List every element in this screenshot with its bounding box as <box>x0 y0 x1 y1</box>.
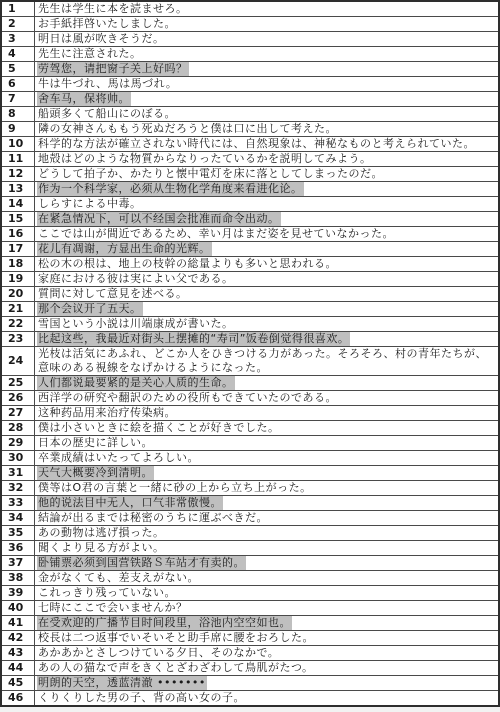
sentence-cell: 僕等はO君の言葉と一緒に砂の上から立ち上がった。 <box>35 481 500 496</box>
row-number: 41 <box>1 616 35 631</box>
sentence-cell: 地殻はどのような物質からなりったているかを説明してみよう。 <box>35 152 500 167</box>
row-number: 34 <box>1 511 35 526</box>
sentence-text: 校長は二つ返事でいそいそと助手席に腰をおろした。 <box>38 631 314 644</box>
row-number: 25 <box>1 376 35 391</box>
sentence-text: 聞くより見る方がよい。 <box>38 541 165 554</box>
table-row: 13 作为一个科学家，必须从生物化学角度来看进化论。 <box>1 182 499 197</box>
row-number: 43 <box>1 646 35 661</box>
table-row: 26 西洋学の研究や翻訳のための役所もできていたのである。 <box>1 391 499 406</box>
row-number: 32 <box>1 481 35 496</box>
sentence-cell: 花儿有凋谢，方显出生命的光辉。 <box>35 242 500 257</box>
row-number: 11 <box>1 152 35 167</box>
row-number: 26 <box>1 391 35 406</box>
row-number: 10 <box>1 137 35 152</box>
row-number: 8 <box>1 107 35 122</box>
sentence-cell: 先生に注意された。 <box>35 47 500 62</box>
row-number: 12 <box>1 167 35 182</box>
table-row: 20 質問に対して意見を述べる。 <box>1 287 499 302</box>
sentence-text: くりくりした男の子、背の高い女の子。 <box>38 691 245 704</box>
sentence-cell: 科学的な方法が確立されない時代には、自然現象は、神秘なものと考えられていた。 <box>35 137 500 152</box>
sentence-text: 天气大概要冷到清明。 <box>38 466 153 479</box>
sentence-table-body: 1 先生は学生に本を読ませろ。 2 お手紙拝啓いたしました。 3 明日は風が吹き… <box>1 1 499 706</box>
table-row: 35 あの動物は逃げ損った。 <box>1 526 499 541</box>
table-row: 43 あかあかとさしつけている夕日、そのなかで。 <box>1 646 499 661</box>
sentence-text: 卒業成績はいたってよろしい。 <box>38 451 199 464</box>
row-number: 5 <box>1 62 35 77</box>
sentence-cell: 天气大概要冷到清明。 <box>35 466 500 481</box>
sentence-text: 西洋学の研究や翻訳のための役所もできていたのである。 <box>38 391 337 404</box>
sentence-text: 船頭多くて船山にのぼる。 <box>38 107 176 120</box>
sentence-text: 僕は小さいときに絵を描くことが好きでした。 <box>38 421 280 434</box>
sentence-cell: 雪国という小説は川端康成が書いた。 <box>35 317 500 332</box>
row-number: 30 <box>1 451 35 466</box>
sentence-text: 隣の女神さんももう死ぬだろうと僕は口に出して考えた。 <box>38 122 337 135</box>
table-row: 2 お手紙拝啓いたしました。 <box>1 17 499 32</box>
row-number: 20 <box>1 287 35 302</box>
sentence-cell: 比起这些，我最近对街头上摆摊的“寿司”饭卷倒觉得很喜欢。 <box>35 332 500 347</box>
sentence-text: 地殻はどのような物質からなりったているかを説明してみよう。 <box>38 152 372 165</box>
sentence-text: 日本の歴史に詳しい。 <box>38 436 153 449</box>
table-row: 10 科学的な方法が確立されない時代には、自然現象は、神秘なものと考えられていた… <box>1 137 499 152</box>
row-number: 19 <box>1 272 35 287</box>
sentence-cell: 明日は風が吹きそうだ。 <box>35 32 500 47</box>
sentence-cell: 質問に対して意見を述べる。 <box>35 287 500 302</box>
table-row: 34 結論が出るまでは秘密のうちに運ぶべきだ。 <box>1 511 499 526</box>
sentence-text: 舍车马，保将帅。 <box>38 92 130 105</box>
table-row: 45 明朗的天空，透蓝清澈 ••••••• <box>1 676 499 691</box>
sentence-text: ここでは山が間近であるため、幸い月はまだ姿を見せていなかった。 <box>38 227 394 240</box>
row-number: 28 <box>1 421 35 436</box>
sentence-text: 在紧急情况下，可以不经国会批准而命令出动。 <box>38 212 280 225</box>
sentence-text: 劳驾您，请把窗子关上好吗？ <box>38 62 188 75</box>
sentence-cell: 劳驾您，请把窗子关上好吗？ <box>35 62 500 77</box>
sentence-text: 科学的な方法が確立されない時代には、自然現象は、神秘なものと考えられていた。 <box>38 137 475 150</box>
table-row: 17 花儿有凋谢，方显出生命的光辉。 <box>1 242 499 257</box>
row-number: 23 <box>1 332 35 347</box>
row-number: 13 <box>1 182 35 197</box>
table-row: 37 卧铺票必须到国营铁路Ｓ车站才有卖的。 <box>1 556 499 571</box>
sentence-text: 金がなくても、差支えがない。 <box>38 571 199 584</box>
sentence-cell: 他的说法目中无人，口气非常傲慢。 <box>35 496 500 511</box>
sentence-cell: 金がなくても、差支えがない。 <box>35 571 500 586</box>
table-row: 12 どうして拍子か、かたりと懐中電灯を床に落としてしまったのだ。 <box>1 167 499 182</box>
row-number: 21 <box>1 302 35 317</box>
sentence-text: 先生に注意された。 <box>38 47 142 60</box>
sentence-cell: 牛は牛づれ、馬は馬づれ。 <box>35 77 500 92</box>
sentence-text: 卧铺票必须到国营铁路Ｓ车站才有卖的。 <box>38 556 245 569</box>
sentence-cell: 那个会议开了五天。 <box>35 302 500 317</box>
sentence-text: 那个会议开了五天。 <box>38 302 142 315</box>
table-row: 29 日本の歴史に詳しい。 <box>1 436 499 451</box>
sentence-text: どうして拍子か、かたりと懐中電灯を床に落としてしまったのだ。 <box>38 167 383 180</box>
sentence-text: 明日は風が吹きそうだ。 <box>38 32 165 45</box>
row-number: 14 <box>1 197 35 212</box>
table-row: 15 在紧急情况下，可以不经国会批准而命令出动。 <box>1 212 499 227</box>
row-number: 31 <box>1 466 35 481</box>
sentence-cell: 僕は小さいときに絵を描くことが好きでした。 <box>35 421 500 436</box>
table-row: 24 光枝は活気にあふれ、どこか人をひきつける力があった。そろそろ、村の青年たち… <box>1 347 499 376</box>
row-number: 33 <box>1 496 35 511</box>
sentence-text: あの人の猫なで声をきくとざわざわして鳥肌がたつ。 <box>38 661 314 674</box>
sentence-cell: 校長は二つ返事でいそいそと助手席に腰をおろした。 <box>35 631 500 646</box>
row-number: 29 <box>1 436 35 451</box>
table-row: 42 校長は二つ返事でいそいそと助手席に腰をおろした。 <box>1 631 499 646</box>
row-number: 3 <box>1 32 35 47</box>
table-row: 8 船頭多くて船山にのぼる。 <box>1 107 499 122</box>
row-number: 27 <box>1 406 35 421</box>
sentence-text: 結論が出るまでは秘密のうちに運ぶべきだ。 <box>38 511 268 524</box>
row-number: 46 <box>1 691 35 707</box>
sentence-cell: あの人の猫なで声をきくとざわざわして鳥肌がたつ。 <box>35 661 500 676</box>
table-row: 30 卒業成績はいたってよろしい。 <box>1 451 499 466</box>
row-number: 7 <box>1 92 35 107</box>
sentence-cell: 在受欢迎的广播节目时间段里，浴池内空空如也。 <box>35 616 500 631</box>
sentence-cell: 舍车马，保将帅。 <box>35 92 500 107</box>
sentence-text: 家庭における彼は実によい父である。 <box>38 272 234 285</box>
table-row: 46 くりくりした男の子、背の高い女の子。 <box>1 691 499 707</box>
table-row: 23 比起这些，我最近对街头上摆摊的“寿司”饭卷倒觉得很喜欢。 <box>1 332 499 347</box>
sentence-cell: 隣の女神さんももう死ぬだろうと僕は口に出して考えた。 <box>35 122 500 137</box>
row-number: 16 <box>1 227 35 242</box>
sentence-cell: 卧铺票必须到国营铁路Ｓ车站才有卖的。 <box>35 556 500 571</box>
sentence-text: あの動物は逃げ損った。 <box>38 526 165 539</box>
sentence-text: 質問に対して意見を述べる。 <box>38 287 188 300</box>
sentence-text: あかあかとさしつけている夕日、そのなかで。 <box>38 646 279 659</box>
table-row: 1 先生は学生に本を読ませろ。 <box>1 1 499 17</box>
sentence-cell: 卒業成績はいたってよろしい。 <box>35 451 500 466</box>
sentence-text: 七時にここで会いませんか？ <box>38 601 188 614</box>
sentence-text: 他的说法目中无人，口气非常傲慢。 <box>38 496 222 509</box>
sentence-cell: しらすによる中毒。 <box>35 197 500 212</box>
table-row: 9 隣の女神さんももう死ぬだろうと僕は口に出して考えた。 <box>1 122 499 137</box>
sentence-text: 人们都说最要紧的是关心人质的生命。 <box>38 376 234 389</box>
sentence-text: 先生は学生に本を読ませろ。 <box>38 2 188 15</box>
row-number: 38 <box>1 571 35 586</box>
row-number: 24 <box>1 347 35 376</box>
table-row: 18 松の木の根は、地上の枝幹の総量よりも多いと思われる。 <box>1 257 499 272</box>
sentence-cell: 先生は学生に本を読ませろ。 <box>35 1 500 17</box>
table-row: 6 牛は牛づれ、馬は馬づれ。 <box>1 77 499 92</box>
table-row: 40 七時にここで会いませんか？ <box>1 601 499 616</box>
table-row: 31 天气大概要冷到清明。 <box>1 466 499 481</box>
sentence-cell: 聞くより見る方がよい。 <box>35 541 500 556</box>
sentence-text: 僕等はO君の言葉と一緒に砂の上から立ち上がった。 <box>38 481 312 494</box>
row-number: 39 <box>1 586 35 601</box>
row-number: 37 <box>1 556 35 571</box>
table-row: 27 这种药品用来治疗传染病。 <box>1 406 499 421</box>
sentence-text: 光枝は活気にあふれ、どこか人をひきつける力があった。そろそろ、村の青年たちが、意… <box>38 347 487 374</box>
table-row: 16 ここでは山が間近であるため、幸い月はまだ姿を見せていなかった。 <box>1 227 499 242</box>
sentence-cell: 家庭における彼は実によい父である。 <box>35 272 500 287</box>
sentence-cell: 結論が出るまでは秘密のうちに運ぶべきだ。 <box>35 511 500 526</box>
table-row: 7 舍车马，保将帅。 <box>1 92 499 107</box>
table-row: 22 雪国という小説は川端康成が書いた。 <box>1 317 499 332</box>
row-number: 15 <box>1 212 35 227</box>
row-number: 22 <box>1 317 35 332</box>
sentence-cell: あかあかとさしつけている夕日、そのなかで。 <box>35 646 500 661</box>
sentence-cell: これっきり残っていない。 <box>35 586 500 601</box>
row-number: 9 <box>1 122 35 137</box>
row-number: 1 <box>1 1 35 17</box>
sentence-text: 花儿有凋谢，方显出生命的光辉。 <box>38 242 211 255</box>
sentence-text: これっきり残っていない。 <box>38 586 176 599</box>
table-row: 44 あの人の猫なで声をきくとざわざわして鳥肌がたつ。 <box>1 661 499 676</box>
sentence-cell: 在紧急情况下，可以不经国会批准而命令出动。 <box>35 212 500 227</box>
table-row: 5 劳驾您，请把窗子关上好吗？ <box>1 62 499 77</box>
sentence-cell: 西洋学の研究や翻訳のための役所もできていたのである。 <box>35 391 500 406</box>
table-row: 38 金がなくても、差支えがない。 <box>1 571 499 586</box>
sentence-text: 在受欢迎的广播节目时间段里，浴池内空空如也。 <box>38 616 291 629</box>
sentence-text: 作为一个科学家，必须从生物化学角度来看进化论。 <box>38 182 303 195</box>
sentence-table: 1 先生は学生に本を読ませろ。 2 お手紙拝啓いたしました。 3 明日は風が吹き… <box>0 0 500 707</box>
sentence-cell: 明朗的天空，透蓝清澈 ••••••• <box>35 676 500 691</box>
table-row: 21 那个会议开了五天。 <box>1 302 499 317</box>
sentence-text: お手紙拝啓いたしました。 <box>38 17 176 30</box>
sentence-cell: 光枝は活気にあふれ、どこか人をひきつける力があった。そろそろ、村の青年たちが、意… <box>35 347 500 376</box>
table-row: 3 明日は風が吹きそうだ。 <box>1 32 499 47</box>
sentence-cell: 人们都说最要紧的是关心人质的生命。 <box>35 376 500 391</box>
row-number: 18 <box>1 257 35 272</box>
table-row: 28 僕は小さいときに絵を描くことが好きでした。 <box>1 421 499 436</box>
table-row: 14 しらすによる中毒。 <box>1 197 499 212</box>
sentence-text: しらすによる中毒。 <box>38 197 142 210</box>
table-row: 19 家庭における彼は実によい父である。 <box>1 272 499 287</box>
sentence-cell: ここでは山が間近であるため、幸い月はまだ姿を見せていなかった。 <box>35 227 500 242</box>
sentence-text: 雪国という小説は川端康成が書いた。 <box>38 317 234 330</box>
row-number: 6 <box>1 77 35 92</box>
sentence-cell: 作为一个科学家，必须从生物化学角度来看进化论。 <box>35 182 500 197</box>
row-number: 36 <box>1 541 35 556</box>
sentence-cell: 松の木の根は、地上の枝幹の総量よりも多いと思われる。 <box>35 257 500 272</box>
sentence-cell: あの動物は逃げ損った。 <box>35 526 500 541</box>
table-row: 32 僕等はO君の言葉と一緒に砂の上から立ち上がった。 <box>1 481 499 496</box>
row-number: 40 <box>1 601 35 616</box>
sentence-text: 松の木の根は、地上の枝幹の総量よりも多いと思われる。 <box>38 257 337 270</box>
sentence-text: 牛は牛づれ、馬は馬づれ。 <box>38 77 177 90</box>
table-row: 25 人们都说最要紧的是关心人质的生命。 <box>1 376 499 391</box>
sentence-cell: くりくりした男の子、背の高い女の子。 <box>35 691 500 707</box>
sentence-cell: 七時にここで会いませんか？ <box>35 601 500 616</box>
row-number: 44 <box>1 661 35 676</box>
row-number: 17 <box>1 242 35 257</box>
sentence-text: 这种药品用来治疗传染病。 <box>38 406 176 419</box>
row-number: 42 <box>1 631 35 646</box>
row-number: 45 <box>1 676 35 691</box>
table-row: 4 先生に注意された。 <box>1 47 499 62</box>
sentence-text: 明朗的天空，透蓝清澈 ••••••• <box>38 676 206 689</box>
table-row: 41 在受欢迎的广播节目时间段里，浴池内空空如也。 <box>1 616 499 631</box>
row-number: 2 <box>1 17 35 32</box>
table-row: 39 これっきり残っていない。 <box>1 586 499 601</box>
sentence-cell: 日本の歴史に詳しい。 <box>35 436 500 451</box>
sentence-cell: 船頭多くて船山にのぼる。 <box>35 107 500 122</box>
row-number: 4 <box>1 47 35 62</box>
sentence-cell: お手紙拝啓いたしました。 <box>35 17 500 32</box>
table-row: 33 他的说法目中无人，口气非常傲慢。 <box>1 496 499 511</box>
table-row: 11 地殻はどのような物質からなりったているかを説明してみよう。 <box>1 152 499 167</box>
sentence-cell: どうして拍子か、かたりと懐中電灯を床に落としてしまったのだ。 <box>35 167 500 182</box>
sentence-text: 比起这些，我最近对街头上摆摊的“寿司”饭卷倒觉得很喜欢。 <box>38 332 349 345</box>
sentence-cell: 这种药品用来治疗传染病。 <box>35 406 500 421</box>
row-number: 35 <box>1 526 35 541</box>
table-row: 36 聞くより見る方がよい。 <box>1 541 499 556</box>
